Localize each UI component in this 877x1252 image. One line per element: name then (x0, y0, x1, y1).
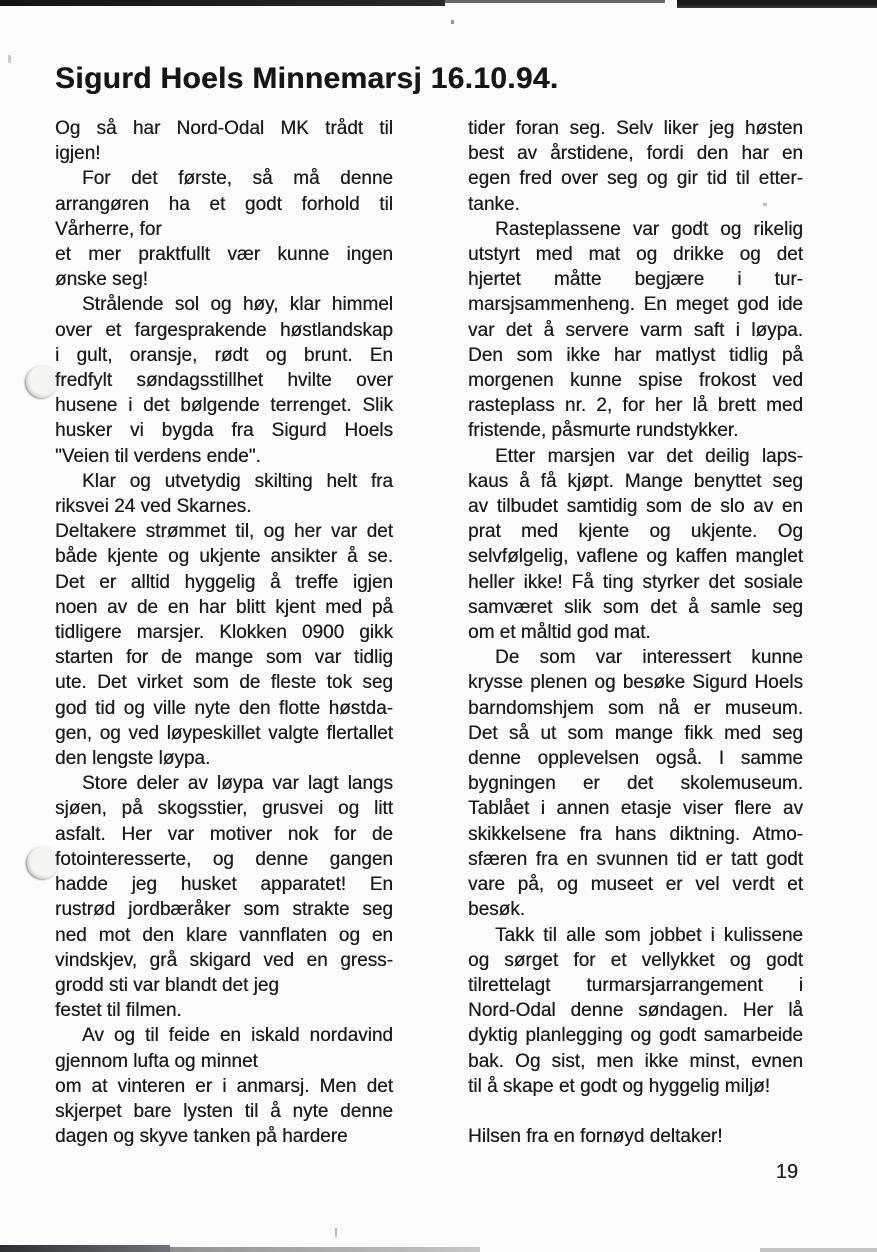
text-line: tider foran seg. Selv liker jeg høsten (468, 116, 803, 141)
text-line: til å skape et godt og hyggelig miljø! (468, 1074, 803, 1099)
scan-edge-top-middle (445, 0, 665, 3)
scan-edge-bottom-left (0, 1245, 170, 1252)
text-line: Store deler av løypa var lagt langs (55, 771, 393, 796)
text-line: Deltakere strømmet til, og her var det (55, 519, 393, 544)
text-line: Klar og utvetydig skilting helt fra (55, 469, 393, 494)
right-column: tider foran seg. Selv liker jeg høstenbe… (468, 116, 803, 1149)
text-line: av tilbudet samtidig som de slo av en (468, 494, 803, 519)
text-line: ned mot den klare vannflaten og en (55, 923, 393, 948)
text-line: vare på, og museet er vel verdt et (468, 872, 803, 897)
scan-edge-bottom-middle (170, 1247, 480, 1252)
text-line: dagen og skyve tanken på hardere (55, 1124, 393, 1149)
text-line: den lengste løypa. (55, 746, 393, 771)
text-line: tanke. (468, 192, 803, 217)
text-line: starten for de mange som var tidlig (55, 645, 393, 670)
text-line: skjerpet bare lysten til å nyte denne (55, 1099, 393, 1124)
text-line: Og så har Nord-Odal MK trådt til (55, 116, 393, 141)
text-line: igjen! (55, 141, 393, 166)
scan-speck (335, 1228, 337, 1237)
blank-line (468, 1099, 803, 1124)
text-line: sjøen, på skogsstier, grusvei og litt (55, 796, 393, 821)
text-line: skikkelsene fra hans diktning. Atmo- (468, 822, 803, 847)
scanned-document-page: Sigurd Hoels Minnemarsj 16.10.94. Og så … (0, 0, 877, 1252)
text-line: prat med kjente og ukjente. Og (468, 519, 803, 544)
text-line: ute. Det virket som de fleste tok seg (55, 670, 393, 695)
text-line: utstyrt med mat og drikke og det (468, 242, 803, 267)
text-line: noen av de en har blitt kjent med på (55, 595, 393, 620)
text-line: om et måltid god mat. (468, 620, 803, 645)
text-line: Den som ikke har matlyst tidlig på (468, 343, 803, 368)
text-line: egen fred over seg og gir tid til etter- (468, 166, 803, 191)
text-line: og sørget for et vellykket og godt (468, 948, 803, 973)
text-line: "Veien til verdens ende". (55, 444, 393, 469)
text-line: selvfølgelig, vaflene og kaffen manglet (468, 544, 803, 569)
text-line: hjertet måtte begjære i tur- (468, 267, 803, 292)
text-line: gen, og ved løypeskillet valgte flertall… (55, 721, 393, 746)
text-line: barndomshjem som nå er museum. (468, 696, 803, 721)
text-line: tilrettelagt turmarsjarrangement i (468, 973, 803, 998)
text-line: bak. Og sist, men ikke minst, evnen (468, 1049, 803, 1074)
text-line: et mer praktfullt vær kunne ingen (55, 242, 393, 267)
text-line: hadde jeg husket apparatet! En (55, 872, 393, 897)
scan-speck (8, 55, 11, 63)
text-line: om at vinteren er i anmarsj. Men det (55, 1074, 393, 1099)
text-line: asfalt. Her var motiver nok for de (55, 822, 393, 847)
page-number: 19 (760, 1161, 798, 1184)
text-line: grodd sti var blandt det jeg (55, 973, 393, 998)
text-line: marsjsammenheng. En meget god ide (468, 292, 803, 317)
text-line: Rasteplassene var godt og rikelig (468, 217, 803, 242)
text-line: kaus å få kjøpt. Mange benyttet seg (468, 469, 803, 494)
text-line: Hilsen fra en fornøyd deltaker! (468, 1124, 803, 1149)
text-line: denne opplevelsen også. I samme (468, 746, 803, 771)
text-line: De som var interessert kunne (468, 645, 803, 670)
scan-edge-bottom-right (760, 1248, 877, 1252)
scan-speck (451, 20, 454, 24)
text-line: dyktig planlegging og godt samarbeide (468, 1023, 803, 1048)
text-line: morgenen kunne spise frokost ved (468, 368, 803, 393)
text-line: krysse plenen og besøke Sigurd Hoels (468, 670, 803, 695)
text-line: riksvei 24 ved Skarnes. (55, 494, 393, 519)
text-line: gjennom lufta og minnet (55, 1049, 393, 1074)
page-title: Sigurd Hoels Minnemarsj 16.10.94. (55, 62, 755, 96)
text-line: besøk. (468, 897, 803, 922)
text-line: Nord-Odal denne søndagen. Her lå (468, 998, 803, 1023)
text-line: Vårherre, for (55, 217, 393, 242)
text-line: husker vi bygda fra Sigurd Hoels (55, 418, 393, 443)
text-line: ønske seg! (55, 267, 393, 292)
text-line: i gult, oransje, rødt og brunt. En (55, 343, 393, 368)
text-line: tidligere marsjer. Klokken 0900 gikk (55, 620, 393, 645)
text-line: bygningen er det skolemuseum. (468, 771, 803, 796)
text-line: Takk til alle som jobbet i kulissene (468, 923, 803, 948)
text-line: Etter marsjen var det deilig laps- (468, 444, 803, 469)
scan-edge-top-right (677, 0, 877, 8)
text-line: Av og til feide en iskald nordavind (55, 1023, 393, 1048)
text-line: For det første, så må denne (55, 166, 393, 191)
text-line: husene i det bølgende terrenget. Slik (55, 393, 393, 418)
text-line: best av årstidene, fordi den har en (468, 141, 803, 166)
text-line: fotointeresserte, og denne gangen (55, 847, 393, 872)
text-line: var det å servere varm saft i løypa. (468, 318, 803, 343)
text-line: vindskjev, grå skigard ved en gress- (55, 948, 393, 973)
text-line: festet til filmen. (55, 998, 393, 1023)
text-line: over et fargesprakende høstlandskap (55, 318, 393, 343)
text-line: Det er alltid hyggelig å treffe igjen (55, 570, 393, 595)
text-line: Det så ut som mange fikk med seg (468, 721, 803, 746)
text-line: rustrød jordbæråker som strakte seg (55, 897, 393, 922)
text-line: fredfylt søndagsstillhet hvilte over (55, 368, 393, 393)
text-line: arrangøren ha et godt forhold til (55, 192, 393, 217)
text-line: god tid og ville nyte den flotte høstda- (55, 696, 393, 721)
text-line: heller ikke! Få ting styrker det sosiale (468, 570, 803, 595)
text-line: sfæren fra en svunnen tid er tatt godt (468, 847, 803, 872)
scan-edge-top-left (0, 0, 445, 6)
text-line: fristende, påsmurte rundstykker. (468, 418, 803, 443)
text-line: Strålende sol og høy, klar himmel (55, 292, 393, 317)
text-line: både kjente og ukjente ansikter å se. (55, 544, 393, 569)
left-column: Og så har Nord-Odal MK trådt tiligjen!Fo… (55, 116, 393, 1149)
text-line: samværet slik som det å samle seg (468, 595, 803, 620)
text-line: rasteplass nr. 2, for her lå brett med (468, 393, 803, 418)
text-line: Tablået i annen etasje viser flere av (468, 796, 803, 821)
